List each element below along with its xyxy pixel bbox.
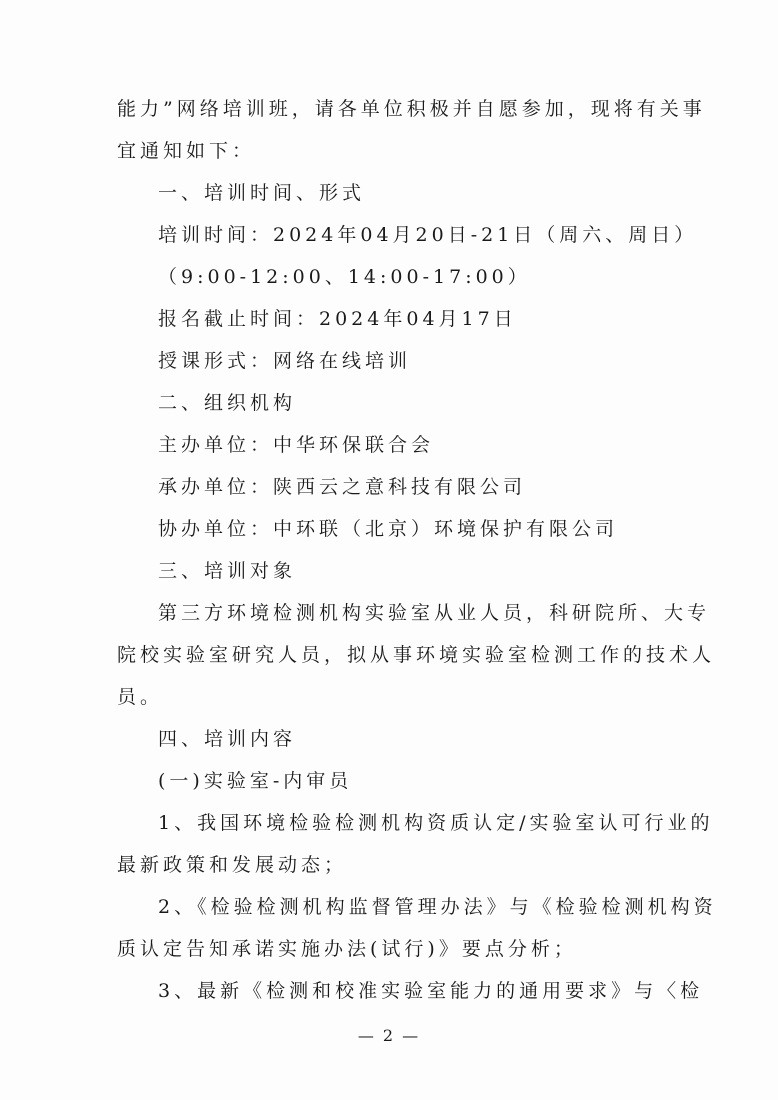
section-heading-2: 二、组织机构 (158, 391, 296, 415)
course-format: 授课形式：网络在线培训 (158, 349, 411, 373)
document-page: 能力”网络培训班，请各单位积极并自愿参加，现将有关事 宜通知如下： 一、培训时间… (0, 0, 778, 1100)
subsection-heading: (一)实验室-内审员 (158, 769, 352, 793)
body-text-line: 院校实验室研究人员，拟从事环境实验室检测工作的技术人 (117, 643, 715, 667)
host-organizer: 主办单位：中华环保联合会 (158, 433, 434, 457)
section-heading-1: 一、培训时间、形式 (158, 181, 365, 205)
body-text-line: 第三方环境检测机构实验室从业人员，科研院所、大专 (158, 601, 710, 625)
list-item-continuation: 最新政策和发展动态； (117, 853, 347, 877)
co-organizer: 协办单位：中环联（北京）环境保护有限公司 (158, 517, 618, 541)
list-item-continuation: 质认定告知承诺实施办法(试行)》要点分析； (117, 937, 577, 961)
body-text-line: 宜通知如下： (117, 139, 255, 163)
undertaking-organizer: 承办单位：陕西云之意科技有限公司 (158, 475, 526, 499)
list-item: 3、最新《检测和校准实验室能力的通用要求》与〈检 (158, 979, 703, 1003)
body-text-line: 能力”网络培训班，请各单位积极并自愿参加，现将有关事 (117, 97, 706, 121)
training-time: 培训时间：2024年04月20日-21日（周六、周日） (158, 223, 697, 247)
body-text-line: 员。 (117, 685, 163, 709)
list-item: 1、我国环境检验检测机构资质认定/实验室认可行业的 (158, 811, 714, 835)
section-heading-4: 四、培训内容 (158, 727, 296, 751)
training-hours: （9:00-12:00、14:00-17:00） (158, 265, 531, 289)
page-number: — 2 — (0, 1026, 778, 1045)
list-item: 2、《检验检测机构监督管理办法》与《检验检测机构资 (158, 895, 717, 919)
registration-deadline: 报名截止时间：2024年04月17日 (158, 307, 517, 331)
section-heading-3: 三、培训对象 (158, 559, 296, 583)
